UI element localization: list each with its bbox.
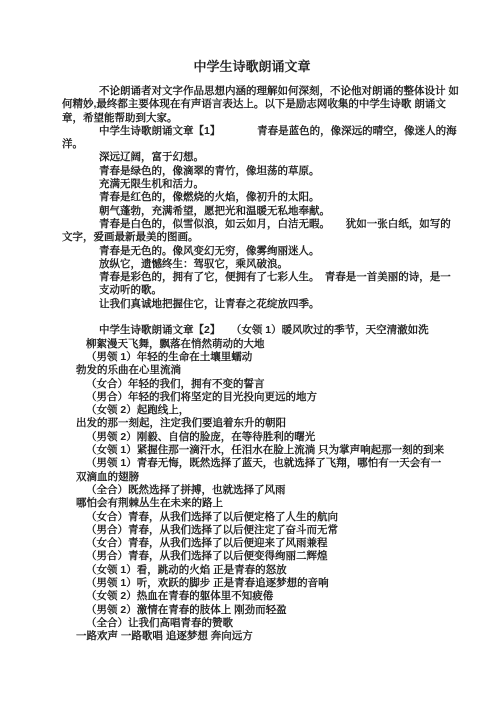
text-line: 章，希望能帮助到大家。 bbox=[62, 112, 442, 125]
text-line: 让我们真诚地把握住它，让青春之花绽放四季。 bbox=[99, 298, 442, 311]
section-1-heading-line: 中学生诗歌朗诵文章【1】 青春是蓝色的，像深远的晴空，像迷人的海 bbox=[99, 125, 442, 138]
text-line: （男领 2）激情在青春的肢体上 刚劲而轻盈 bbox=[86, 604, 442, 617]
section-2-heading-line: 中学生诗歌朗诵文章【2】 （女领 1）暖风吹过的季节，天空清澈如洗 bbox=[99, 324, 442, 337]
text-line: （全合）让我们高唱青春的赞歌 bbox=[86, 617, 442, 630]
text-line: （男领 1）青春无悔，既然选择了蓝天，也就选择了飞翔，哪怕有一天会有一 bbox=[86, 457, 442, 470]
text-line: （男合）青春，从我们选择了以后便注定了奋斗而无常 bbox=[86, 524, 442, 537]
text-line: （女合）青春，从我们选择了以后便定格了人生的航向 bbox=[86, 511, 442, 524]
document-page: 中学生诗歌朗诵文章 不论朗诵者对文字作品思想内涵的理解如何深刻，不论他对朗诵的整… bbox=[0, 0, 500, 708]
text-line: （男合）年轻的我们将坚定的目光投向更远的地方 bbox=[86, 391, 442, 404]
blank-line bbox=[62, 311, 442, 324]
text-line: 青春是彩色的，拥有了它，便拥有了七彩人生。 青春是一首美丽的诗，是一 bbox=[99, 271, 442, 284]
text-line: （女合）年轻的我们，拥有不变的誓言 bbox=[86, 378, 442, 391]
text-line: 青春是红色的，像燃烧的火焰，像初升的太阳。 bbox=[99, 191, 442, 204]
text-line: （全合）既然选择了拼搏，也就选择了风雨 bbox=[86, 484, 442, 497]
text-line: 支动听的歌。 bbox=[99, 284, 442, 297]
text-line: 充满无限生机和活力。 bbox=[99, 178, 442, 191]
text-line: （女合）青春，从我们选择了以后便迎来了风雨兼程 bbox=[86, 537, 442, 550]
text-line: 青春是绿色的，像滴翠的青竹，像坦荡的草原。 bbox=[99, 165, 442, 178]
text-line: 双滴血的翅膀 bbox=[76, 471, 442, 484]
text-line: 文字，爱画最新最美的图画。 bbox=[62, 231, 442, 244]
text-line: （男领 1）听，欢跃的脚步 正是青春追逐梦想的音响 bbox=[86, 577, 442, 590]
text-line: 何精妙,最终都主要体现在有声语言表达上。以下是励志网收集的中学生诗歌 朗诵文 bbox=[62, 98, 442, 111]
text-line: 一路欢声 一路歌唱 追逐梦想 奔向远方 bbox=[76, 630, 442, 643]
text-line: （男合）青春，从我们选择了以后便变得绚丽二辉煌 bbox=[86, 550, 442, 563]
text-line: 洋。 bbox=[62, 138, 442, 151]
text-line: （男领 1）年轻的生命在土壤里蠕动 bbox=[86, 351, 442, 364]
text-line: 深远辽阔，富于幻想。 bbox=[99, 151, 442, 164]
text-line: 放纵它，遗憾终生：驾驭它，乘风破浪。 bbox=[99, 258, 442, 271]
text-line: （女领 1）看，跳动的火焰 正是青春的怒放 bbox=[86, 564, 442, 577]
text-line: （女领 1）紧握住那一滴汗水，任泪水在脸上流淌 只为掌声响起那一刻的到来 bbox=[86, 444, 442, 457]
text-line: 青春是白色的，似雪似浪，如云如月，白洁无暇。 犹如一张白纸，如写的 bbox=[99, 218, 442, 231]
text-line: 哪怕会有荆棘丛生在未来的路上 bbox=[76, 497, 442, 510]
text-line: （女领 2）起跑线上， bbox=[86, 404, 442, 417]
text-line: （女领 2）热血在青春的躯体里不知疲倦 bbox=[86, 590, 442, 603]
document-title: 中学生诗歌朗诵文章 bbox=[62, 56, 442, 75]
text-line: 朝气蓬勃，充满希望，愿把光和温暖无私地奉献。 bbox=[99, 205, 442, 218]
text-line: 勃发的乐曲在心里流淌 bbox=[76, 364, 442, 377]
text-line: 柳絮漫天飞舞，飘落在悄然萌动的大地 bbox=[86, 338, 442, 351]
text-line: （男领 2）刚毅、自信的脸庞，在等待胜利的曙光 bbox=[86, 431, 442, 444]
text-line: 不论朗诵者对文字作品思想内涵的理解如何深刻，不论他对朗诵的整体设计 如 bbox=[99, 85, 442, 98]
text-line: 青春是无色的。像风变幻无穷，像雾绚丽迷人。 bbox=[99, 245, 442, 258]
text-line: 出发的那一刻起，注定我们要追着东升的朝阳 bbox=[76, 417, 442, 430]
